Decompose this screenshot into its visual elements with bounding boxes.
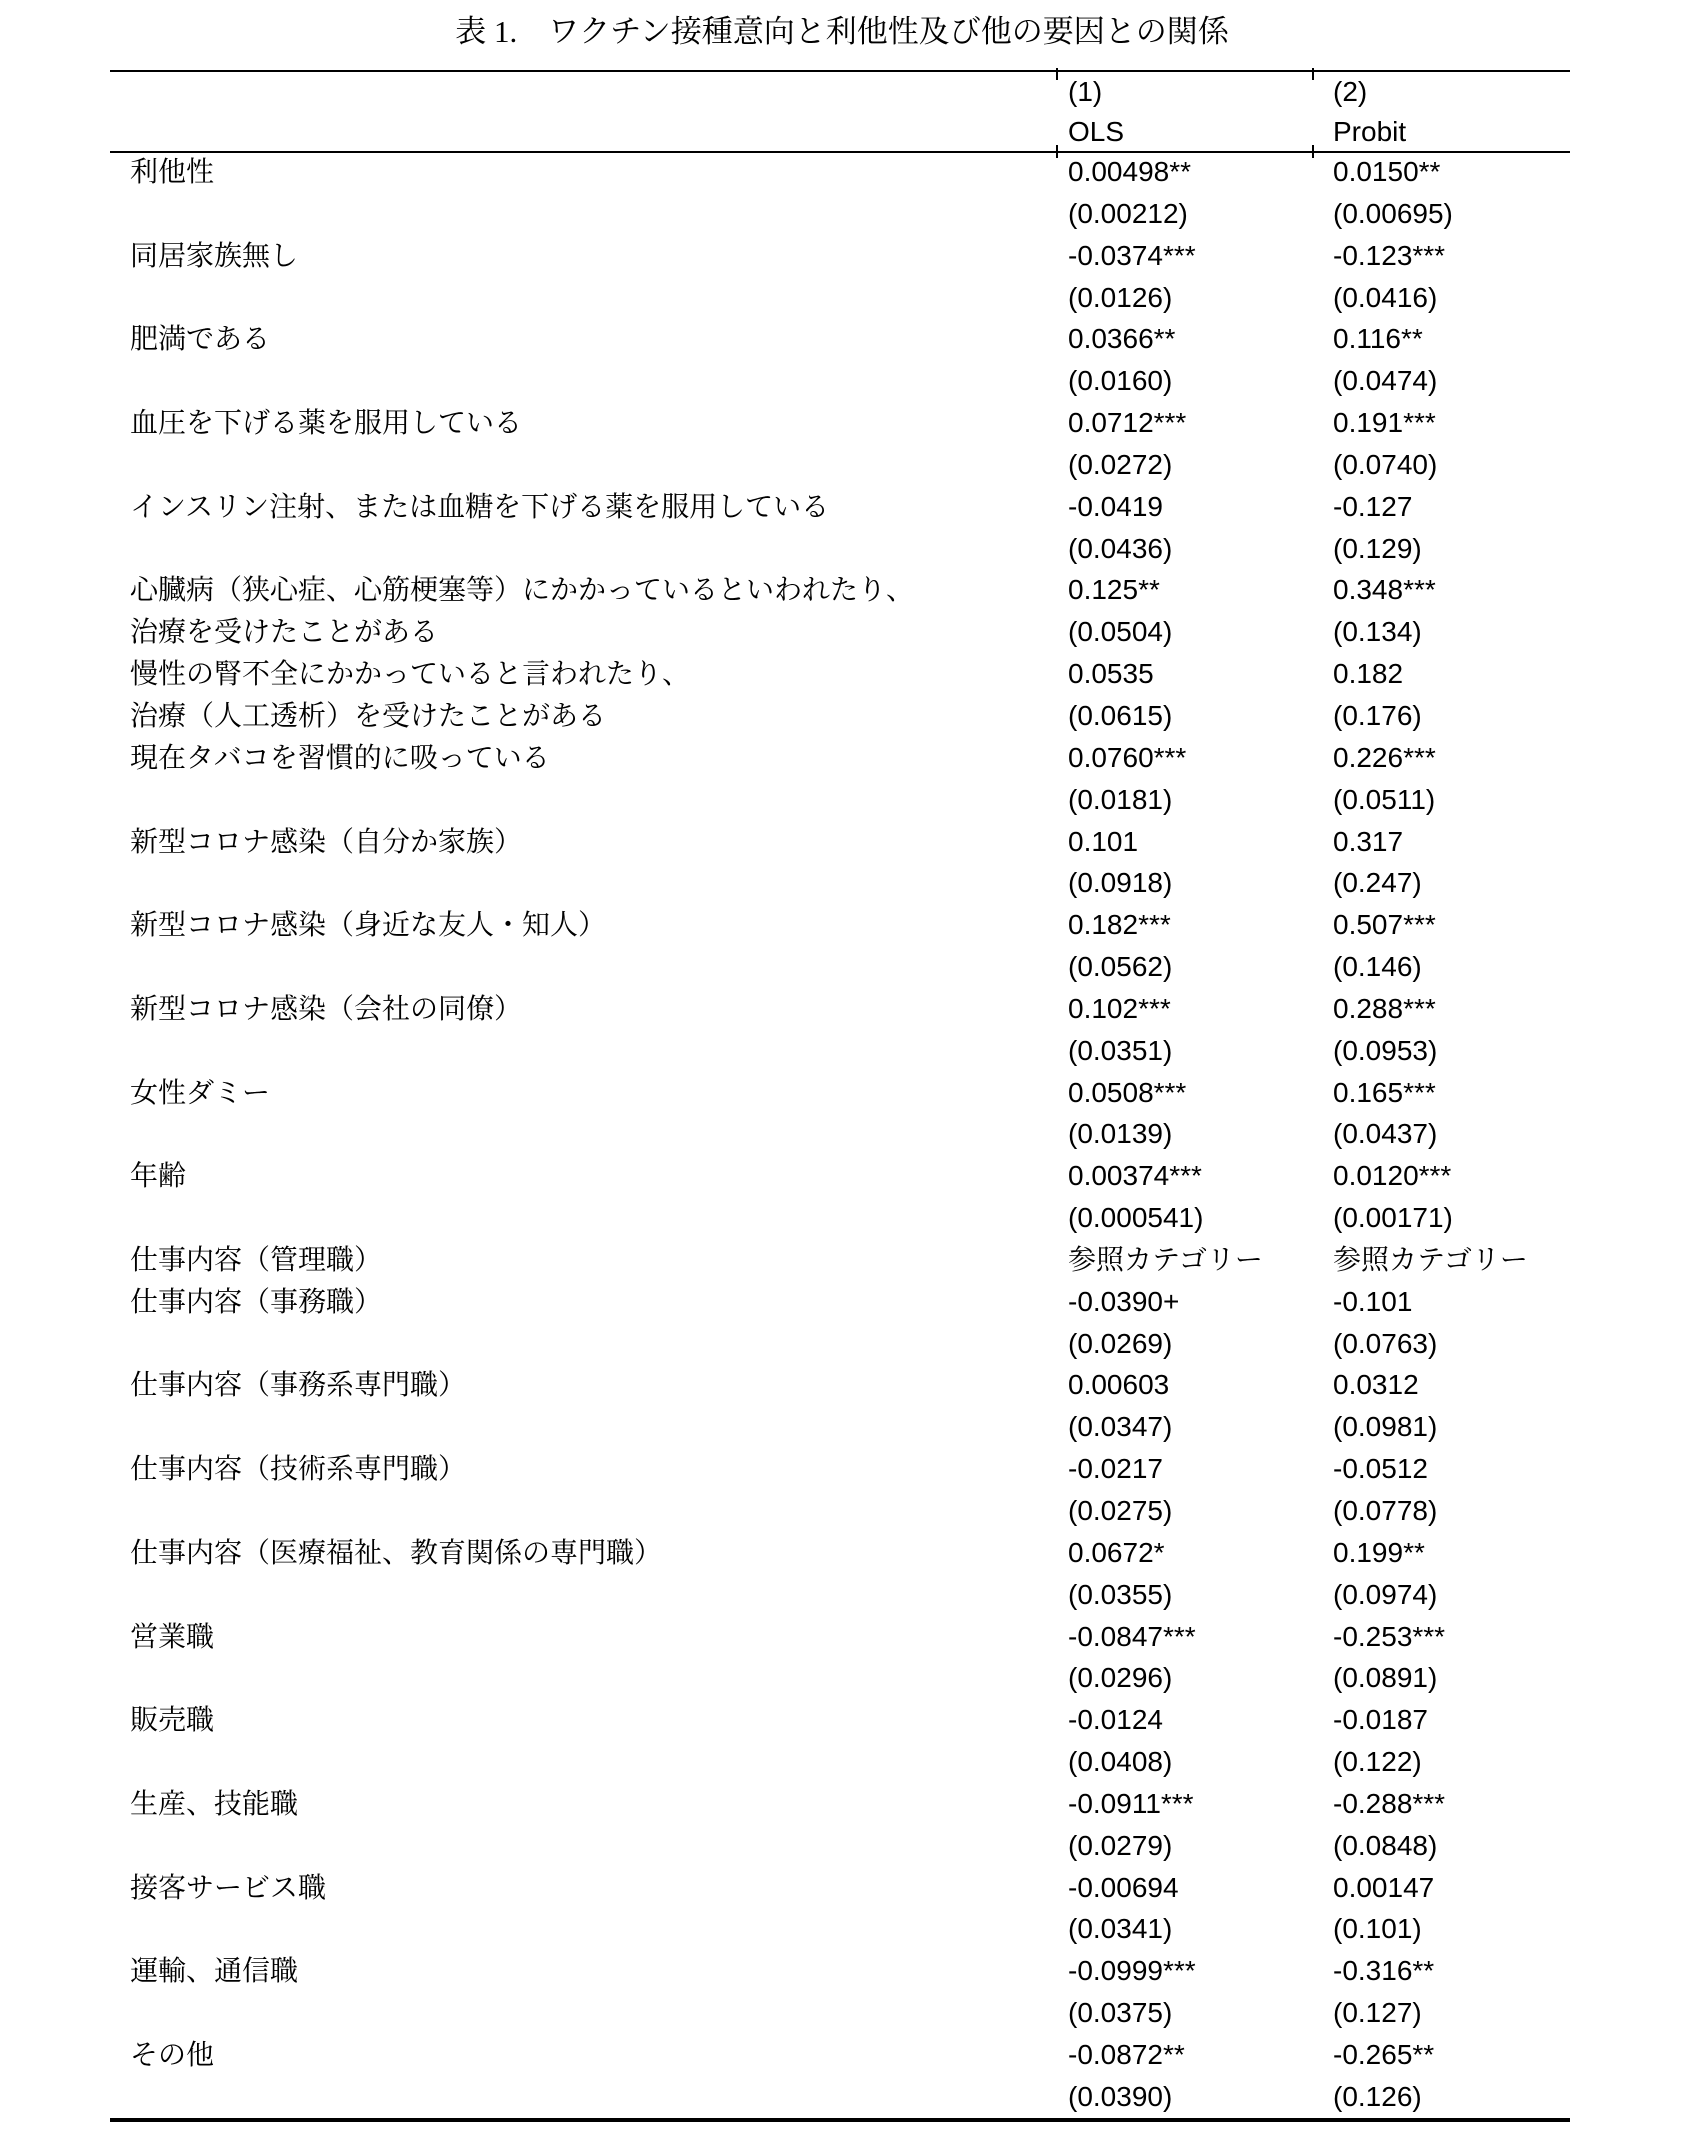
row-label	[110, 528, 1068, 570]
row-label: 慢性の腎不全にかかっていると言われたり、	[110, 653, 1068, 695]
cell-ols: 0.0508***	[1068, 1072, 1333, 1114]
cell-ols: (0.0341)	[1068, 1908, 1333, 1950]
cell-probit: -0.288***	[1333, 1783, 1570, 1825]
row-label: 新型コロナ感染（身近な友人・知人）	[110, 904, 1068, 946]
cell-probit: (0.0974)	[1333, 1574, 1570, 1616]
regression-table-body: 利他性0.00498**0.0150**(0.00212)(0.00695)同居…	[110, 151, 1570, 2118]
header-empty-cell	[110, 72, 1068, 112]
cell-ols: (0.0436)	[1068, 528, 1333, 570]
table-row-coef-line: 仕事内容（事務職）-0.0390+-0.101	[110, 1281, 1570, 1323]
row-label: 新型コロナ感染（自分か家族）	[110, 821, 1068, 863]
cell-ols: -0.0911***	[1068, 1783, 1333, 1825]
cell-probit: (0.122)	[1333, 1741, 1570, 1783]
table-row-se-line: (0.0160)(0.0474)	[110, 360, 1570, 402]
row-label	[110, 1030, 1068, 1072]
cell-probit: (0.0763)	[1333, 1323, 1570, 1365]
row-label	[110, 444, 1068, 486]
table-row-coef-line: 血圧を下げる薬を服用している0.0712***0.191***	[110, 402, 1570, 444]
cell-probit: 0.226***	[1333, 737, 1570, 779]
cell-probit: (0.0437)	[1333, 1113, 1570, 1155]
row-label	[110, 1574, 1068, 1616]
table-row-coef-line: 現在タバコを習慣的に吸っている0.0760***0.226***	[110, 737, 1570, 779]
table-row-se-line: (0.0351)(0.0953)	[110, 1030, 1570, 1072]
row-label	[110, 1323, 1068, 1365]
cell-probit: (0.0740)	[1333, 444, 1570, 486]
cell-ols: 0.0672*	[1068, 1532, 1333, 1574]
cell-probit: (0.00171)	[1333, 1197, 1570, 1239]
table-row-se-line: (0.0279)(0.0848)	[110, 1825, 1570, 1867]
row-label: その他	[110, 2034, 1068, 2076]
row-label	[110, 1113, 1068, 1155]
cell-probit: (0.0891)	[1333, 1657, 1570, 1699]
cell-probit: (0.0848)	[1333, 1825, 1570, 1867]
cell-probit: (0.126)	[1333, 2076, 1570, 2118]
row-label: 販売職	[110, 1699, 1068, 1741]
cell-ols: -0.0419	[1068, 486, 1333, 528]
table-row-se-line: (0.0918)(0.247)	[110, 862, 1570, 904]
row-label: 血圧を下げる薬を服用している	[110, 402, 1068, 444]
row-label: 治療を受けたことがある	[110, 611, 1068, 653]
cell-ols: 0.00603	[1068, 1364, 1333, 1406]
cell-probit: -0.127	[1333, 486, 1570, 528]
cell-ols: -0.0124	[1068, 1699, 1333, 1741]
row-label: 心臓病（狭心症、心筋梗塞等）にかかっているといわれたり、	[110, 569, 1068, 611]
header-col1-number: (1)	[1068, 72, 1333, 112]
cell-ols: (0.000541)	[1068, 1197, 1333, 1239]
row-label: 仕事内容（事務系専門職）	[110, 1364, 1068, 1406]
table-rule-bottom	[110, 2118, 1570, 2122]
table-row-se-line: (0.0272)(0.0740)	[110, 444, 1570, 486]
table-header: (1) (2) OLS Probit	[110, 72, 1570, 152]
cell-probit: (0.0981)	[1333, 1406, 1570, 1448]
cell-ols: -0.0999***	[1068, 1950, 1333, 1992]
table-row-coef-line: 仕事内容（管理職）参照カテゴリー参照カテゴリー	[110, 1239, 1570, 1281]
table-row-se-line: (0.0341)(0.101)	[110, 1908, 1570, 1950]
cell-probit: -0.0187	[1333, 1699, 1570, 1741]
cell-probit: -0.101	[1333, 1281, 1570, 1323]
cell-probit: (0.0416)	[1333, 277, 1570, 319]
cell-probit: 参照カテゴリー	[1333, 1239, 1570, 1281]
cell-ols: -0.00694	[1068, 1867, 1333, 1909]
cell-ols: 参照カテゴリー	[1068, 1239, 1333, 1281]
cell-probit: 0.165***	[1333, 1072, 1570, 1114]
cell-ols: -0.0217	[1068, 1448, 1333, 1490]
cell-ols: (0.0615)	[1068, 695, 1333, 737]
row-label	[110, 862, 1068, 904]
cell-probit: -0.123***	[1333, 235, 1570, 277]
cell-probit: 0.199**	[1333, 1532, 1570, 1574]
row-label: 同居家族無し	[110, 235, 1068, 277]
row-label	[110, 193, 1068, 235]
paper-page: 表 1. ワクチン接種意向と利他性及び他の要因との関係 (1) (2) OLS …	[0, 0, 1684, 2150]
table-row-se-line: (0.0181)(0.0511)	[110, 779, 1570, 821]
row-label: 営業職	[110, 1616, 1068, 1658]
row-label: 肥満である	[110, 318, 1068, 360]
table-row-se-line: (0.0347)(0.0981)	[110, 1406, 1570, 1448]
header-col1-method: OLS	[1068, 112, 1333, 152]
table-row-se-line: (0.0139)(0.0437)	[110, 1113, 1570, 1155]
cell-probit: (0.0474)	[1333, 360, 1570, 402]
header-empty-cell	[110, 112, 1068, 152]
table-row-coef-line: 仕事内容（事務系専門職）0.006030.0312	[110, 1364, 1570, 1406]
row-label: 現在タバコを習慣的に吸っている	[110, 737, 1068, 779]
table-row-se-line: (0.0269)(0.0763)	[110, 1323, 1570, 1365]
row-label: 運輸、通信職	[110, 1950, 1068, 1992]
cell-ols: -0.0847***	[1068, 1616, 1333, 1658]
row-label: インスリン注射、または血糖を下げる薬を服用している	[110, 486, 1068, 528]
row-label: 新型コロナ感染（会社の同僚）	[110, 988, 1068, 1030]
cell-probit: (0.146)	[1333, 946, 1570, 988]
cell-ols: 0.0535	[1068, 653, 1333, 695]
cell-ols: (0.0275)	[1068, 1490, 1333, 1532]
table-row-se-line: (0.0296)(0.0891)	[110, 1657, 1570, 1699]
cell-probit: (0.0511)	[1333, 779, 1570, 821]
cell-probit: (0.176)	[1333, 695, 1570, 737]
cell-ols: -0.0872**	[1068, 2034, 1333, 2076]
table-row-coef-line: 仕事内容（医療福祉、教育関係の専門職）0.0672*0.199**	[110, 1532, 1570, 1574]
row-label	[110, 1490, 1068, 1532]
cell-ols: 0.182***	[1068, 904, 1333, 946]
row-label	[110, 1657, 1068, 1699]
cell-probit: 0.0312	[1333, 1364, 1570, 1406]
table-row-coef-line: 心臓病（狭心症、心筋梗塞等）にかかっているといわれたり、0.125**0.348…	[110, 569, 1570, 611]
table-row-se-line: 治療（人工透析）を受けたことがある(0.0615)(0.176)	[110, 695, 1570, 737]
row-label	[110, 360, 1068, 402]
row-label: 生産、技能職	[110, 1783, 1068, 1825]
table-row-coef-line: 年齢0.00374***0.0120***	[110, 1155, 1570, 1197]
table-row-coef-line: 慢性の腎不全にかかっていると言われたり、0.05350.182	[110, 653, 1570, 695]
row-label	[110, 1825, 1068, 1867]
cell-ols: 0.101	[1068, 821, 1333, 863]
cell-probit: (0.247)	[1333, 862, 1570, 904]
cell-probit: (0.0778)	[1333, 1490, 1570, 1532]
cell-probit: 0.191***	[1333, 402, 1570, 444]
cell-ols: (0.0272)	[1068, 444, 1333, 486]
cell-probit: (0.101)	[1333, 1908, 1570, 1950]
cell-ols: (0.0375)	[1068, 1992, 1333, 2034]
cell-ols: 0.0760***	[1068, 737, 1333, 779]
cell-probit: 0.317	[1333, 821, 1570, 863]
cell-ols: (0.0296)	[1068, 1657, 1333, 1699]
table-row-se-line: 治療を受けたことがある(0.0504)(0.134)	[110, 611, 1570, 653]
cell-ols: (0.0347)	[1068, 1406, 1333, 1448]
cell-ols: 0.0366**	[1068, 318, 1333, 360]
cell-ols: (0.0562)	[1068, 946, 1333, 988]
table-row-coef-line: 新型コロナ感染（自分か家族）0.1010.317	[110, 821, 1570, 863]
cell-ols: (0.0351)	[1068, 1030, 1333, 1072]
header-method-row: OLS Probit	[110, 112, 1570, 152]
header-col2-method: Probit	[1333, 112, 1570, 152]
cell-ols: (0.0126)	[1068, 277, 1333, 319]
cell-probit: -0.0512	[1333, 1448, 1570, 1490]
row-label	[110, 946, 1068, 988]
cell-ols: (0.0279)	[1068, 1825, 1333, 1867]
table-row-se-line: (0.0436)(0.129)	[110, 528, 1570, 570]
row-label: 仕事内容（管理職）	[110, 1239, 1068, 1281]
table-row-coef-line: 営業職-0.0847***-0.253***	[110, 1616, 1570, 1658]
header-col2-number: (2)	[1333, 72, 1570, 112]
cell-probit: (0.127)	[1333, 1992, 1570, 2034]
row-label: 年齢	[110, 1155, 1068, 1197]
table-row-coef-line: 女性ダミー0.0508***0.165***	[110, 1072, 1570, 1114]
row-label: 利他性	[110, 151, 1068, 193]
cell-ols: (0.0269)	[1068, 1323, 1333, 1365]
table-row-se-line: (0.000541)(0.00171)	[110, 1197, 1570, 1239]
table-row-se-line: (0.0375)(0.127)	[110, 1992, 1570, 2034]
cell-probit: (0.134)	[1333, 611, 1570, 653]
row-label: 接客サービス職	[110, 1867, 1068, 1909]
cell-ols: (0.0181)	[1068, 779, 1333, 821]
row-label	[110, 1197, 1068, 1239]
table-row-coef-line: 生産、技能職-0.0911***-0.288***	[110, 1783, 1570, 1825]
cell-ols: (0.0504)	[1068, 611, 1333, 653]
table-row-se-line: (0.0562)(0.146)	[110, 946, 1570, 988]
row-label	[110, 1406, 1068, 1448]
cell-probit: 0.288***	[1333, 988, 1570, 1030]
cell-ols: (0.0355)	[1068, 1574, 1333, 1616]
row-label	[110, 1908, 1068, 1950]
table-row-coef-line: 利他性0.00498**0.0150**	[110, 151, 1570, 193]
table-title: 表 1. ワクチン接種意向と利他性及び他の要因との関係	[0, 12, 1684, 52]
cell-probit: (0.129)	[1333, 528, 1570, 570]
cell-probit: 0.507***	[1333, 904, 1570, 946]
table-row-se-line: (0.0355)(0.0974)	[110, 1574, 1570, 1616]
cell-probit: 0.00147	[1333, 1867, 1570, 1909]
cell-probit: (0.00695)	[1333, 193, 1570, 235]
cell-probit: -0.265**	[1333, 2034, 1570, 2076]
cell-probit: 0.116**	[1333, 318, 1570, 360]
table-row-se-line: (0.0390)(0.126)	[110, 2076, 1570, 2118]
table-row-coef-line: 仕事内容（技術系専門職）-0.0217-0.0512	[110, 1448, 1570, 1490]
cell-ols: 0.125**	[1068, 569, 1333, 611]
row-label	[110, 1992, 1068, 2034]
table-row-coef-line: 接客サービス職-0.006940.00147	[110, 1867, 1570, 1909]
cell-ols: 0.102***	[1068, 988, 1333, 1030]
row-label	[110, 779, 1068, 821]
table-row-coef-line: 同居家族無し-0.0374***-0.123***	[110, 235, 1570, 277]
cell-ols: 0.00374***	[1068, 1155, 1333, 1197]
table-row-coef-line: その他-0.0872**-0.265**	[110, 2034, 1570, 2076]
cell-ols: (0.00212)	[1068, 193, 1333, 235]
cell-ols: -0.0374***	[1068, 235, 1333, 277]
row-label	[110, 1741, 1068, 1783]
header-number-row: (1) (2)	[110, 72, 1570, 112]
cell-probit: -0.253***	[1333, 1616, 1570, 1658]
table-row-coef-line: 販売職-0.0124-0.0187	[110, 1699, 1570, 1741]
row-label	[110, 277, 1068, 319]
table-row-coef-line: 新型コロナ感染（身近な友人・知人）0.182***0.507***	[110, 904, 1570, 946]
cell-probit: -0.316**	[1333, 1950, 1570, 1992]
cell-probit: (0.0953)	[1333, 1030, 1570, 1072]
row-label: 仕事内容（技術系専門職）	[110, 1448, 1068, 1490]
row-label	[110, 2076, 1068, 2118]
cell-probit: 0.0150**	[1333, 151, 1570, 193]
cell-ols: (0.0390)	[1068, 2076, 1333, 2118]
table-row-coef-line: インスリン注射、または血糖を下げる薬を服用している-0.0419-0.127	[110, 486, 1570, 528]
cell-ols: (0.0139)	[1068, 1113, 1333, 1155]
cell-ols: (0.0160)	[1068, 360, 1333, 402]
table-row-se-line: (0.00212)(0.00695)	[110, 193, 1570, 235]
cell-ols: -0.0390+	[1068, 1281, 1333, 1323]
row-label: 女性ダミー	[110, 1072, 1068, 1114]
table-row-se-line: (0.0126)(0.0416)	[110, 277, 1570, 319]
table-row-coef-line: 肥満である0.0366**0.116**	[110, 318, 1570, 360]
table-row-se-line: (0.0275)(0.0778)	[110, 1490, 1570, 1532]
cell-probit: 0.348***	[1333, 569, 1570, 611]
row-label: 仕事内容（医療福祉、教育関係の専門職）	[110, 1532, 1068, 1574]
table-row-coef-line: 新型コロナ感染（会社の同僚）0.102***0.288***	[110, 988, 1570, 1030]
row-label: 治療（人工透析）を受けたことがある	[110, 695, 1068, 737]
row-label: 仕事内容（事務職）	[110, 1281, 1068, 1323]
cell-ols: (0.0918)	[1068, 862, 1333, 904]
cell-ols: (0.0408)	[1068, 1741, 1333, 1783]
cell-probit: 0.0120***	[1333, 1155, 1570, 1197]
table-row-coef-line: 運輸、通信職-0.0999***-0.316**	[110, 1950, 1570, 1992]
cell-ols: 0.0712***	[1068, 402, 1333, 444]
cell-ols: 0.00498**	[1068, 151, 1333, 193]
table-row-se-line: (0.0408)(0.122)	[110, 1741, 1570, 1783]
cell-probit: 0.182	[1333, 653, 1570, 695]
